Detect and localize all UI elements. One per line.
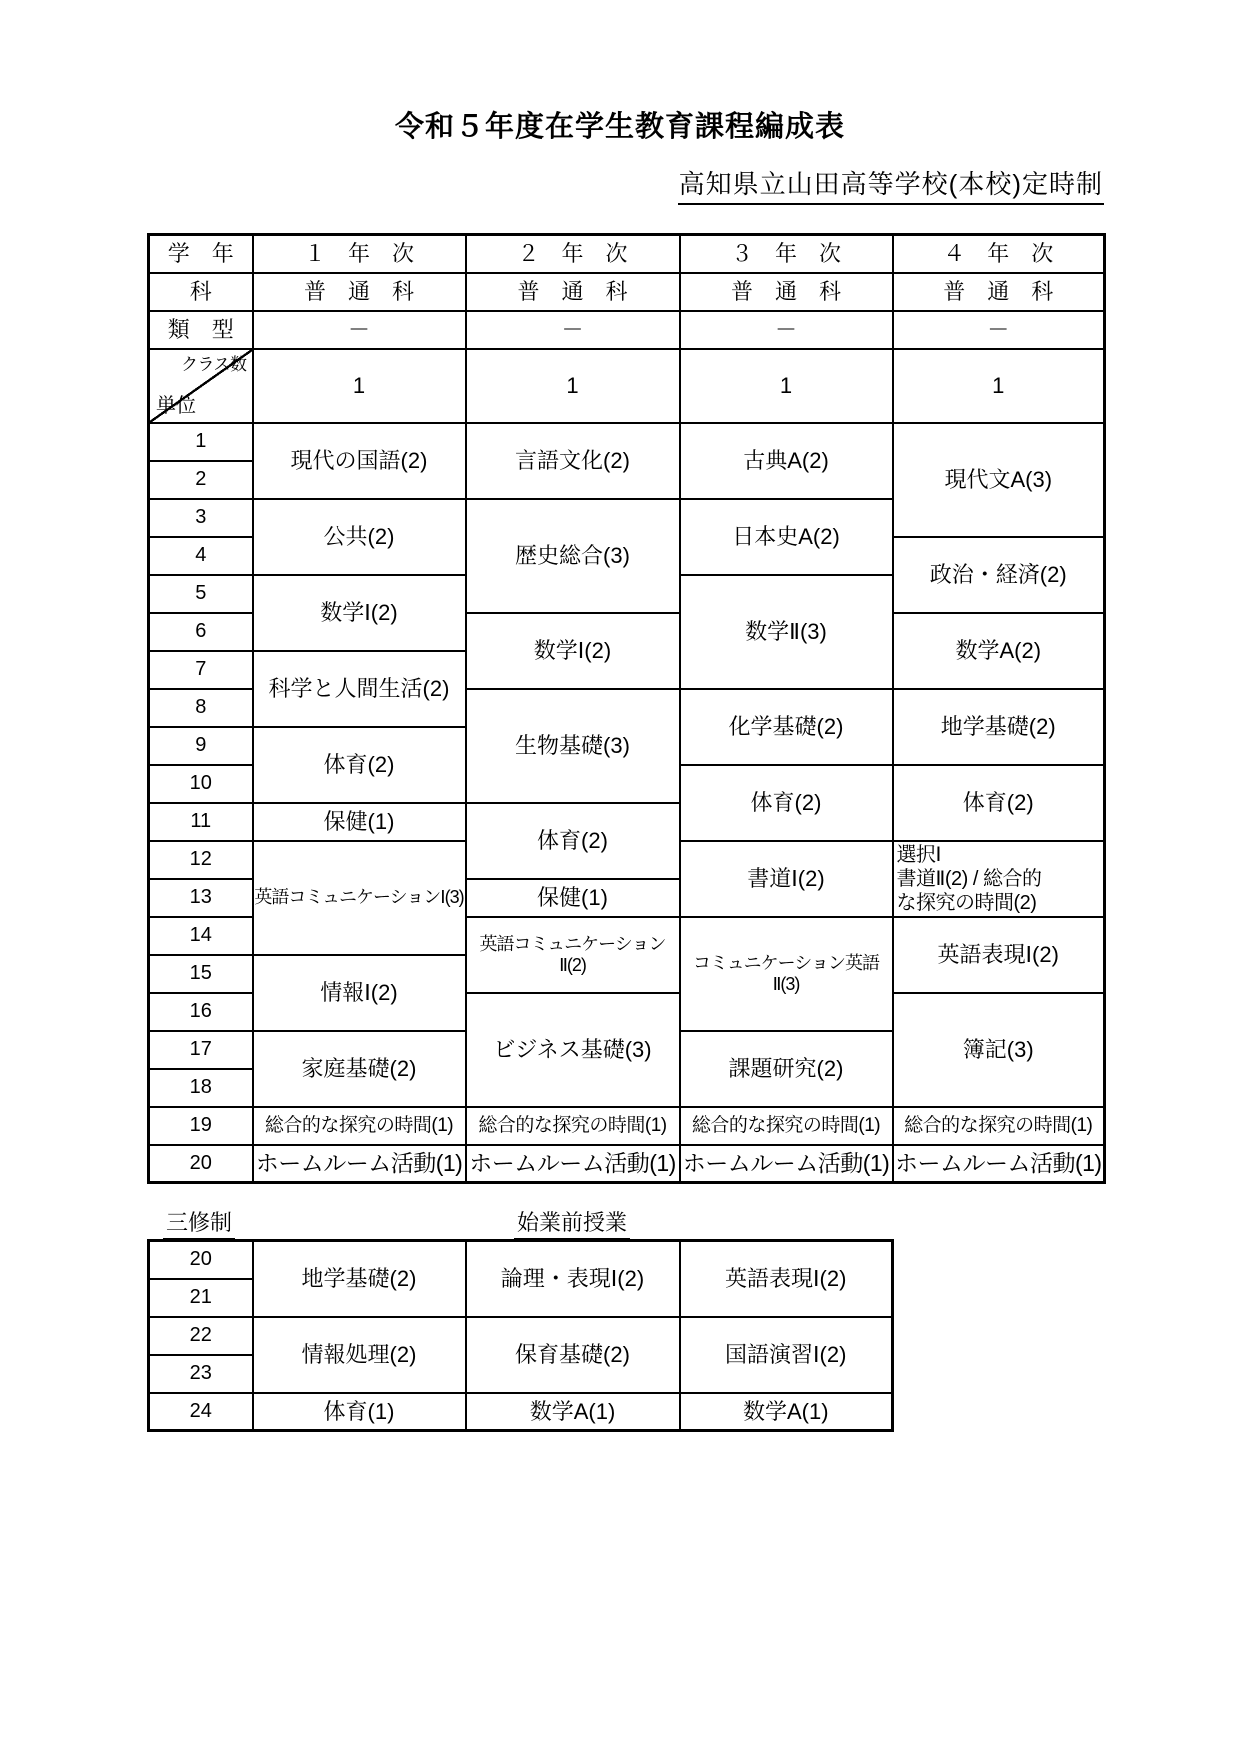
unit-number-cell: 3 <box>149 499 253 537</box>
department-row: 科 普 通 科 普 通 科 普 通 科 普 通 科 <box>149 273 1105 311</box>
subject-cell: 英語表現Ⅰ(2) <box>680 1241 893 1317</box>
unit-row-20: 20 ホームルーム活動(1) ホームルーム活動(1) ホームルーム活動(1) ホ… <box>149 1145 1105 1183</box>
subject-cell: 数学Ⅱ(3) <box>680 575 893 689</box>
subject-cell: 課題研究(2) <box>680 1031 893 1107</box>
unit-number-cell: 22 <box>149 1317 253 1355</box>
unit-number-cell: 19 <box>149 1107 253 1145</box>
subject-cell: 数学A(2) <box>893 613 1105 689</box>
unit-number-cell: 17 <box>149 1031 253 1069</box>
subject-cell: 科学と人間生活(2) <box>253 651 466 727</box>
grade-header-row: 学 年 １ 年 次 ２ 年 次 ３ 年 次 ４ 年 次 <box>149 235 1105 273</box>
subject-cell: 書道Ⅰ(2) <box>680 841 893 917</box>
unit-number-cell: 15 <box>149 955 253 993</box>
unit-number-cell: 8 <box>149 689 253 727</box>
subject-cell: 家庭基礎(2) <box>253 1031 466 1107</box>
class-count-cell: 1 <box>253 349 466 423</box>
department-cell: 普 通 科 <box>466 273 680 311</box>
subject-cell: ホームルーム活動(1) <box>680 1145 893 1183</box>
department-cell: 普 通 科 <box>893 273 1105 311</box>
subject-cell: ビジネス基礎(3) <box>466 993 680 1107</box>
subject-cell: 体育(2) <box>253 727 466 803</box>
pre-unit-row-20: 20 地学基礎(2) 論理・表現Ⅰ(2) 英語表現Ⅰ(2) <box>149 1241 893 1279</box>
class-count-cell: 1 <box>680 349 893 423</box>
unit-number-cell: 23 <box>149 1355 253 1393</box>
subject-cell: 体育(2) <box>893 765 1105 841</box>
subject-cell: ホームルーム活動(1) <box>253 1145 466 1183</box>
unit-number-cell: 20 <box>149 1241 253 1279</box>
unit-number-cell: 20 <box>149 1145 253 1183</box>
subject-cell: 古典A(2) <box>680 423 893 499</box>
subject-cell: 論理・表現Ⅰ(2) <box>466 1241 680 1317</box>
subject-cell: 保育基礎(2) <box>466 1317 680 1393</box>
class-count-diagonal-cell: クラス数 単位 <box>149 349 253 423</box>
unit-number-cell: 2 <box>149 461 253 499</box>
unit-row-1: 1 現代の国語(2) 言語文化(2) 古典A(2) 現代文A(3) <box>149 423 1105 461</box>
subject-cell: 英語コミュニケーションⅡ(2) <box>466 917 680 993</box>
subject-cell: 数学A(1) <box>466 1393 680 1431</box>
subject-cell: 体育(2) <box>466 803 680 879</box>
subject-cell: 保健(1) <box>253 803 466 841</box>
subject-cell: 体育(1) <box>253 1393 466 1431</box>
subject-cell: 保健(1) <box>466 879 680 917</box>
unit-number-cell: 11 <box>149 803 253 841</box>
subject-cell: 情報Ⅰ(2) <box>253 955 466 1031</box>
subject-cell-electives: 選択Ⅰ 書道Ⅱ(2) / 総合的 な探究の時間(2) <box>893 841 1105 917</box>
subject-cell: 化学基礎(2) <box>680 689 893 765</box>
class-count-label: クラス数 <box>181 355 247 375</box>
class-count-cell: 1 <box>893 349 1105 423</box>
unit-number-cell: 9 <box>149 727 253 765</box>
unit-number-cell: 18 <box>149 1069 253 1107</box>
unit-number-cell: 7 <box>149 651 253 689</box>
unit-number-cell: 21 <box>149 1279 253 1317</box>
category-row: 類 型 － － － － <box>149 311 1105 349</box>
subject-cell: ホームルーム活動(1) <box>893 1145 1105 1183</box>
school-name: 高知県立山田高等学校(本校)定時制 <box>678 164 1104 205</box>
category-cell: － <box>253 311 466 349</box>
subject-cell: 総合的な探究の時間(1) <box>466 1107 680 1145</box>
subject-cell: 現代文A(3) <box>893 423 1105 537</box>
subject-cell: 国語演習Ⅰ(2) <box>680 1317 893 1393</box>
document-page: 令和５年度在学生教育課程編成表 高知県立山田高等学校(本校)定時制 学 年 １ … <box>0 0 1240 1755</box>
department-cell: 普 通 科 <box>253 273 466 311</box>
unit-number-cell: 6 <box>149 613 253 651</box>
subject-cell: ホームルーム活動(1) <box>466 1145 680 1183</box>
subject-cell: 総合的な探究の時間(1) <box>253 1107 466 1145</box>
subject-cell: 地学基礎(2) <box>893 689 1105 765</box>
subject-cell: 英語コミュニケーションⅠ(3) <box>253 841 466 955</box>
year-3-header: ３ 年 次 <box>680 235 893 273</box>
class-count-cell: 1 <box>466 349 680 423</box>
pre-class-heading: 始業前授業 <box>514 1206 630 1240</box>
subject-cell: 日本史A(2) <box>680 499 893 575</box>
category-cell: － <box>893 311 1105 349</box>
unit-number-cell: 4 <box>149 537 253 575</box>
pre-unit-row-24: 24 体育(1) 数学A(1) 数学A(1) <box>149 1393 893 1431</box>
subject-cell: 簿記(3) <box>893 993 1105 1107</box>
grade-label-cell: 学 年 <box>149 235 253 273</box>
unit-number-cell: 1 <box>149 423 253 461</box>
subject-cell: 地学基礎(2) <box>253 1241 466 1317</box>
unit-number-cell: 5 <box>149 575 253 613</box>
subject-cell: 総合的な探究の時間(1) <box>680 1107 893 1145</box>
subject-cell: 現代の国語(2) <box>253 423 466 499</box>
class-count-row: クラス数 単位 1 1 1 1 <box>149 349 1105 423</box>
year-4-header: ４ 年 次 <box>893 235 1105 273</box>
unit-number-cell: 12 <box>149 841 253 879</box>
category-label-cell: 類 型 <box>149 311 253 349</box>
unit-number-cell: 13 <box>149 879 253 917</box>
subject-cell: 体育(2) <box>680 765 893 841</box>
subject-cell: 生物基礎(3) <box>466 689 680 803</box>
year-1-header: １ 年 次 <box>253 235 466 273</box>
unit-row-19: 19 総合的な探究の時間(1) 総合的な探究の時間(1) 総合的な探究の時間(1… <box>149 1107 1105 1145</box>
category-cell: － <box>466 311 680 349</box>
subject-cell: 歴史総合(3) <box>466 499 680 613</box>
subject-cell: 英語表現Ⅰ(2) <box>893 917 1105 993</box>
category-cell: － <box>680 311 893 349</box>
unit-axis-label: 単位 <box>156 395 196 418</box>
unit-number-cell: 10 <box>149 765 253 803</box>
unit-number-cell: 16 <box>149 993 253 1031</box>
pre-unit-row-22: 22 情報処理(2) 保育基礎(2) 国語演習Ⅰ(2) <box>149 1317 893 1355</box>
subject-cell: 言語文化(2) <box>466 423 680 499</box>
department-cell: 普 通 科 <box>680 273 893 311</box>
three-year-system-label: 三修制 <box>163 1206 235 1240</box>
pre-class-table: 20 地学基礎(2) 論理・表現Ⅰ(2) 英語表現Ⅰ(2) 21 22 情報処理… <box>147 1239 894 1432</box>
unit-number-cell: 14 <box>149 917 253 955</box>
subject-cell: 数学A(1) <box>680 1393 893 1431</box>
department-label-cell: 科 <box>149 273 253 311</box>
unit-number-cell: 24 <box>149 1393 253 1431</box>
subject-cell: 総合的な探究の時間(1) <box>893 1107 1105 1145</box>
subject-cell: コミュニケーション英語Ⅱ(3) <box>680 917 893 1031</box>
year-2-header: ２ 年 次 <box>466 235 680 273</box>
subject-cell: 政治・経済(2) <box>893 537 1105 613</box>
school-name-row: 高知県立山田高等学校(本校)定時制 <box>0 164 1104 205</box>
subject-cell: 数学Ⅰ(2) <box>253 575 466 651</box>
curriculum-table: 学 年 １ 年 次 ２ 年 次 ３ 年 次 ４ 年 次 科 普 通 科 普 通 … <box>147 233 1106 1184</box>
page-title: 令和５年度在学生教育課程編成表 <box>142 104 1098 145</box>
subject-cell: 数学Ⅰ(2) <box>466 613 680 689</box>
subject-cell: 公共(2) <box>253 499 466 575</box>
subject-cell: 情報処理(2) <box>253 1317 466 1393</box>
